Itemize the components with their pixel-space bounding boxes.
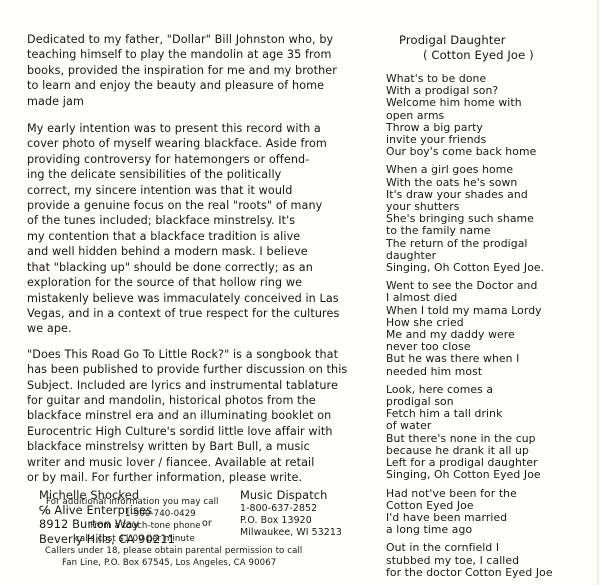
text-line: to learn and enjoy the beauty and pleasu… [27,78,379,93]
text-line: my contention that a blackface tradition… [27,229,379,244]
lyric-line: a long time ago [386,524,596,536]
text-line: Callers under 18, please obtain parental… [45,545,345,557]
text-line: that "blacking up" should be done correc… [27,260,379,275]
text-line: has been published to provide further di… [27,362,379,377]
lyric-line: to the family name [386,225,596,237]
text-line: teaching himself to play the mandolin at… [27,47,379,62]
text-line: calls cost $1.00 per minute [45,533,345,545]
lyric-line: The return of the prodigal [386,238,596,250]
text-line: books, provided the inspiration for me a… [27,63,379,78]
lyric-line: Singing, Oh Cotton Eyed Joe [386,469,596,481]
text-line: Vegas, and in a context of true respect … [27,306,379,321]
text-line: For additional information you may call [45,496,345,508]
text-line: exploration for the source of that hollo… [27,275,379,290]
lyric-line: I almost died [386,292,596,304]
text-line: From a touch-tone phone [45,520,345,532]
text-line: ing the delicate sensibilities of the po… [27,167,379,182]
intention-paragraph: My early intention was to present this r… [27,121,379,337]
lyrics-stanza: Had not've been for theCotton Eyed JoeI'… [386,488,596,537]
text-line: mistakenly believe was immaculately conc… [27,291,379,306]
lyrics-stanza: What's to be doneWith a prodigal son?Wel… [386,73,596,158]
fan-line-info: For additional information you may call1… [45,496,345,569]
lyrics-stanza: Out in the cornfield Istubbed my toe, I … [386,542,596,579]
lyric-line: Welcome him home with [386,97,596,109]
lyric-line: Our boy's come back home [386,146,596,158]
text-line: blackface minstrel era and an illuminati… [27,408,379,423]
lyric-line: open arms [386,110,596,122]
text-line: "Does This Road Go To Little Rock?" is a… [27,347,379,362]
text-line: correct, my sincere intention was that i… [27,183,379,198]
lyric-line: When a girl goes home [386,164,596,176]
text-line: My early intention was to present this r… [27,121,379,136]
lyric-line: of water [386,420,596,432]
text-line: made jam [27,94,379,109]
lyrics-stanzas: What's to be doneWith a prodigal son?Wel… [386,73,596,579]
lyric-line: stubbed my toe, I called [386,555,596,567]
left-column: Dedicated to my father, "Dollar" Bill Jo… [27,32,379,550]
text-line: Fan Line, P.O. Box 67545, Los Angeles, C… [45,557,345,569]
lyric-line: needed him most [386,366,596,378]
songbook-paragraph: "Does This Road Go To Little Rock?" is a… [27,347,379,486]
text-line: providing controversy for hatemongers or… [27,152,379,167]
lyric-line: With the oats he's sown [386,177,596,189]
dedication-paragraph: Dedicated to my father, "Dollar" Bill Jo… [27,32,379,109]
liner-notes-page: Dedicated to my father, "Dollar" Bill Jo… [0,0,599,585]
lyric-line: Out in the cornfield I [386,542,596,554]
text-line: Dedicated to my father, "Dollar" Bill Jo… [27,32,379,47]
lyric-line: Singing, Oh Cotton Eyed Joe. [386,262,596,274]
text-line: we ape. [27,321,379,336]
text-line: and well hidden behind a modern mask. I … [27,244,379,259]
lyrics-stanza: Went to see the Doctor andI almost diedW… [386,280,596,378]
lyric-line: But he was there when I [386,353,596,365]
text-line: for guitar and mandolin, historical phot… [27,393,379,408]
song-subtitle: ( Cotton Eyed Joe ) [423,48,596,63]
text-line: of the tunes included; blackface minstre… [27,213,379,228]
text-line: Eurocentric High Culture's sordid little… [27,424,379,439]
text-line: provide a genuine focus on the real "roo… [27,198,379,213]
lyric-line: Had not've been for the [386,488,596,500]
lyrics-stanza: Look, here comes aprodigal sonFetch him … [386,384,596,482]
text-line: or by mail. For further information, ple… [27,470,379,485]
text-line: writer and music lover / fiancee. Availa… [27,455,379,470]
text-line: 1-900-740-0429 [45,508,345,520]
text-line: Subject. Included are lyrics and instrum… [27,378,379,393]
song-title: Prodigal Daughter [399,33,596,48]
lyric-line: for the doctor Cotton Eyed Joe [386,567,596,579]
lyrics-column: Prodigal Daughter ( Cotton Eyed Joe ) Wh… [386,33,596,585]
lyrics-stanza: When a girl goes homeWith the oats he's … [386,164,596,274]
text-line: blackface minstrelsy written by Bart Bul… [27,439,379,454]
text-line: cover photo of myself wearing blackface.… [27,136,379,151]
